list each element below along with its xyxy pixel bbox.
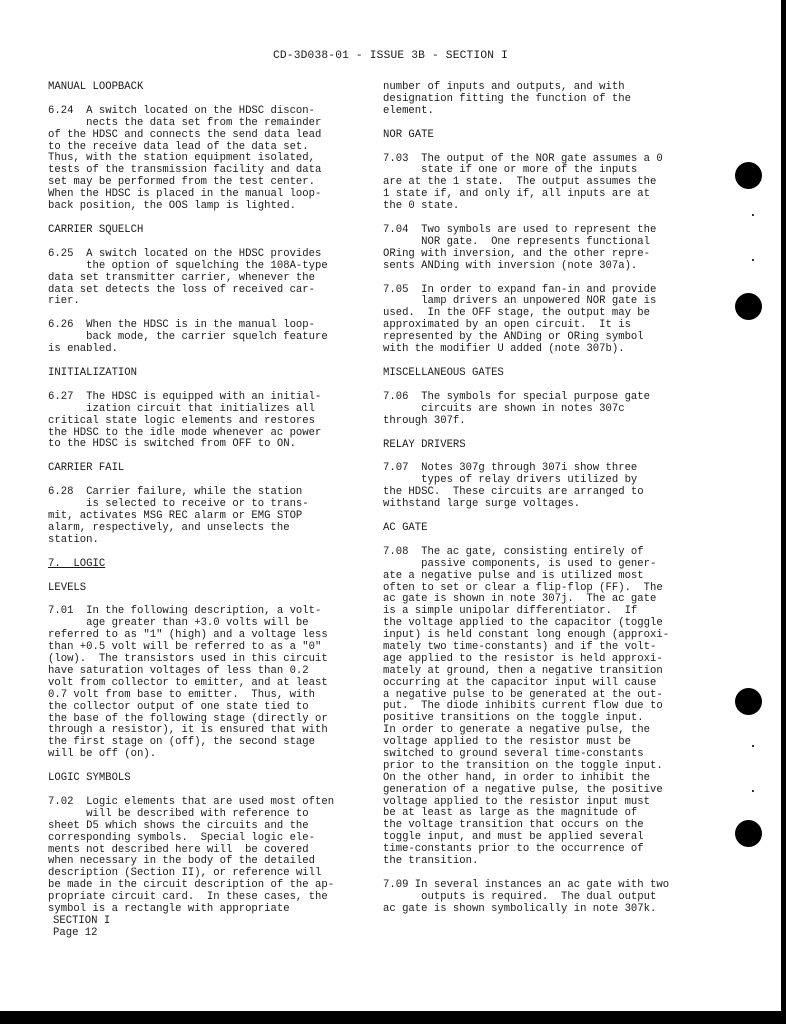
section-heading: AC GATE	[383, 523, 703, 535]
text-line: mately at ground, then a negative transi…	[383, 666, 703, 678]
section-heading: LEVELS	[48, 583, 368, 595]
page-footer: SECTION I Page 12	[53, 915, 110, 939]
text-line: designation fitting the function of the	[383, 94, 703, 106]
section-heading: RELAY DRIVERS	[383, 440, 703, 452]
left-column: MANUAL LOOPBACK6.24 A switch located on …	[48, 82, 368, 928]
heading-text: LOGIC SYMBOLS	[48, 772, 131, 784]
paragraph: 6.26 When the HDSC is in the manual loop…	[48, 320, 368, 356]
paragraph: 6.27 The HDSC is equipped with an initia…	[48, 392, 368, 451]
paragraph: number of inputs and outputs, and withde…	[383, 82, 703, 118]
punch-hole-icon	[735, 162, 762, 189]
scan-speck	[752, 790, 754, 792]
text-line: outputs is required. The dual output	[383, 892, 703, 904]
text-line: back position, the OOS lamp is lighted.	[48, 201, 368, 213]
heading-text: 7. LOGIC	[48, 558, 105, 570]
footer-page-number: Page 12	[53, 927, 110, 939]
punch-hole-icon	[735, 820, 762, 847]
text-line: critical state logic elements and restor…	[48, 416, 368, 428]
paragraph: 7.02 Logic elements that are used most o…	[48, 797, 368, 916]
text-line: with the modifier U added (note 307b).	[383, 344, 703, 356]
paragraph: 7.07 Notes 307g through 307i show three …	[383, 463, 703, 511]
text-line: is enabled.	[48, 344, 368, 356]
text-line: ate a negative pulse and is utilized mos…	[383, 571, 703, 583]
heading-text: INITIALIZATION	[48, 367, 137, 379]
text-line: rier.	[48, 296, 368, 308]
text-line: 7.06 The symbols for special purpose gat…	[383, 392, 703, 404]
text-line: nects the data set from the remainder	[48, 118, 368, 130]
paragraph: 7.06 The symbols for special purpose gat…	[383, 392, 703, 428]
paragraph: 7.03 The output of the NOR gate assumes …	[383, 154, 703, 213]
text-line: ac gate is shown symbolically in note 30…	[383, 904, 703, 916]
page-header: CD-3D038-01 - ISSUE 3B - SECTION I	[0, 50, 781, 62]
section-heading: MISCELLANEOUS GATES	[383, 368, 703, 380]
text-line: On the other hand, in order to inhibit t…	[383, 773, 703, 785]
text-line: sheet D5 which shows the circuits and th…	[48, 821, 368, 833]
text-line: 7.08 The ac gate, consisting entirely of	[383, 547, 703, 559]
section-heading: 7. LOGIC	[48, 559, 368, 571]
heading-text: MISCELLANEOUS GATES	[383, 367, 504, 379]
text-line: the transition.	[383, 856, 703, 868]
document-page: CD-3D038-01 - ISSUE 3B - SECTION I MANUA…	[0, 0, 781, 1011]
text-line: ORing with inversion, and the other repr…	[383, 249, 703, 261]
paragraph: 7.04 Two symbols are used to represent t…	[383, 225, 703, 273]
scan-speck	[752, 745, 754, 747]
section-heading: NOR GATE	[383, 130, 703, 142]
text-line: circuits are shown in notes 307c	[383, 404, 703, 416]
text-line: through 307f.	[383, 416, 703, 428]
paragraph: 7.05 In order to expand fan-in and provi…	[383, 285, 703, 356]
paragraph: 7.09 In several instances an ac gate wit…	[383, 880, 703, 916]
text-line: will be described with reference to	[48, 809, 368, 821]
right-column: number of inputs and outputs, and withde…	[383, 82, 703, 928]
text-line: volt from collector to emitter, and at l…	[48, 678, 368, 690]
text-line: data set transmitter carrier, whenever t…	[48, 273, 368, 285]
section-heading: MANUAL LOOPBACK	[48, 82, 368, 94]
paragraph: 7.01 In the following description, a vol…	[48, 606, 368, 761]
section-heading: CARRIER SQUELCH	[48, 225, 368, 237]
text-line: occurring at the capacitor input will ca…	[383, 678, 703, 690]
text-line: the collector output of one state tied t…	[48, 702, 368, 714]
section-heading: CARRIER FAIL	[48, 463, 368, 475]
text-line: generation of a negative pulse, the posi…	[383, 785, 703, 797]
text-line: of the HDSC and connects the send data l…	[48, 130, 368, 142]
section-heading: INITIALIZATION	[48, 368, 368, 380]
scan-speck	[752, 259, 754, 261]
scan-speck	[752, 214, 754, 216]
heading-text: AC GATE	[383, 522, 428, 534]
section-heading: LOGIC SYMBOLS	[48, 773, 368, 785]
heading-text: CARRIER FAIL	[48, 462, 124, 474]
text-line: 6.25 A switch located on the HDSC provid…	[48, 249, 368, 261]
text-line: passive components, is used to gener-	[383, 559, 703, 571]
punch-hole-icon	[735, 293, 762, 320]
text-line: age applied to the resistor is held appr…	[383, 654, 703, 666]
text-line: data set detects the loss of received ca…	[48, 285, 368, 297]
text-line: sents ANDing with inversion (note 307a).	[383, 261, 703, 273]
text-line: 6.27 The HDSC is equipped with an initia…	[48, 392, 368, 404]
text-line: the option of squelching the 108A-type	[48, 261, 368, 273]
text-line: to the HDSC is switched from OFF to ON.	[48, 439, 368, 451]
heading-text: NOR GATE	[383, 129, 434, 141]
text-line: corresponding symbols. Special logic ele…	[48, 833, 368, 845]
text-line: element.	[383, 106, 703, 118]
text-line: 0.7 volt from base to emitter. Thus, wit…	[48, 690, 368, 702]
heading-text: RELAY DRIVERS	[383, 439, 466, 451]
paragraph: 6.24 A switch located on the HDSC discon…	[48, 106, 368, 213]
paragraph: 6.28 Carrier failure, while the station …	[48, 487, 368, 546]
heading-text: CARRIER SQUELCH	[48, 224, 143, 236]
heading-text: LEVELS	[48, 582, 86, 594]
heading-text: MANUAL LOOPBACK	[48, 81, 143, 93]
text-line: alarm, respectively, and unselects the	[48, 523, 368, 535]
text-line: 6.24 A switch located on the HDSC discon…	[48, 106, 368, 118]
text-line: will be off (on).	[48, 749, 368, 761]
punch-hole-icon	[735, 688, 762, 715]
footer-section: SECTION I	[53, 915, 110, 927]
paragraph: 7.08 The ac gate, consisting entirely of…	[383, 547, 703, 868]
text-line: station.	[48, 535, 368, 547]
text-line: the 0 state.	[383, 201, 703, 213]
paragraph: 6.25 A switch located on the HDSC provid…	[48, 249, 368, 308]
text-line: ization circuit that initializes all	[48, 404, 368, 416]
text-line: withstand large surge voltages.	[383, 499, 703, 511]
